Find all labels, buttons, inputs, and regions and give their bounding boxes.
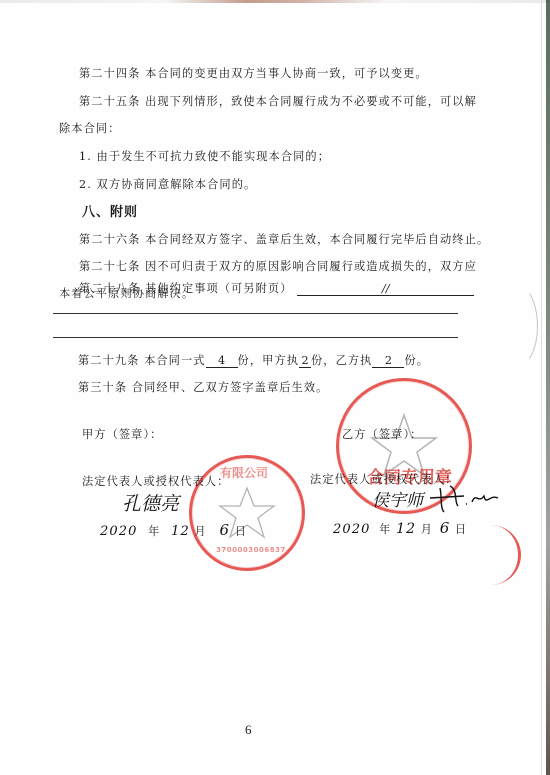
scan-fold-line bbox=[541, 0, 542, 775]
party-a-date-year: 2020 bbox=[100, 524, 137, 539]
page-number: 6 bbox=[245, 722, 252, 738]
month-label: 月 bbox=[421, 523, 433, 536]
party-b-label: 乙方（签章）： bbox=[342, 426, 422, 442]
year-label: 年 bbox=[379, 523, 391, 536]
party-a-rep-label: 法定代表人或授权代表人： bbox=[82, 473, 229, 489]
article-28-label: 第二十八条 其他约定事项（可另附页） bbox=[79, 282, 293, 295]
party-a-label: 甲方（签章）： bbox=[82, 426, 162, 442]
article-25-item2: 2. 双方协商同意解除本合同的。 bbox=[79, 176, 256, 192]
article-25-item1: 1. 由于发生不可抗力致使不能实现本合同的； bbox=[79, 148, 330, 164]
day-label: 日 bbox=[235, 525, 247, 538]
day-label: 日 bbox=[455, 523, 467, 536]
party-a-date-day: 6 bbox=[219, 521, 230, 539]
article-28-value: // bbox=[297, 282, 474, 296]
month-label: 月 bbox=[195, 525, 207, 538]
party-b-date-year: 2020 bbox=[333, 522, 370, 537]
party-b-date-day: 6 bbox=[440, 519, 451, 537]
section-heading-appendix: 八、附则 bbox=[82, 201, 138, 220]
article-30: 第三十条 合同经甲、乙双方签字盖章后生效。 bbox=[78, 379, 328, 395]
article-28: 第二十八条 其他约定事项（可另附页） // bbox=[79, 280, 474, 296]
article-29-prefix: 第二十九条 本合同一式 bbox=[78, 354, 206, 367]
total-copies: 4 bbox=[206, 354, 238, 368]
party-b-signature: 侯宇师 bbox=[372, 486, 423, 511]
article-29-mid1: 份，甲方执 bbox=[238, 354, 299, 367]
party-a-signature: 孔德亮 bbox=[122, 489, 179, 516]
article-28-value-text: // bbox=[382, 282, 390, 295]
party-a-date: 2020 年 12 月 6 日 bbox=[100, 521, 247, 539]
article-29-mid2: 份，乙方执 bbox=[311, 354, 372, 367]
blank-line-1 bbox=[53, 313, 458, 314]
party-b-date: 2020 年 12 月 6 日 bbox=[333, 519, 467, 537]
party-b-handwritten-scribble bbox=[428, 482, 500, 516]
faint-seal-imprint bbox=[497, 285, 538, 367]
party-a-seal-number: 3700003006837 bbox=[216, 546, 286, 554]
article-25-line2: 除本合同： bbox=[59, 120, 120, 136]
party-a-copies: 2 bbox=[299, 354, 311, 368]
scan-right-edge bbox=[546, 0, 550, 775]
year-label: 年 bbox=[148, 525, 160, 538]
blank-line-2 bbox=[53, 337, 458, 338]
article-27-line1: 第二十七条 因不可归责于双方的原因影响合同履行或造成损失的，双方应 bbox=[79, 258, 477, 274]
article-25-line1: 第二十五条 出现下列情形，致使本合同履行成为不必要或不可能，可以解 bbox=[79, 93, 477, 109]
article-29: 第二十九条 本合同一式4份，甲方执2份，乙方执2份。 bbox=[78, 352, 429, 368]
article-26: 第二十六条 本合同经双方签字、盖章后生效，本合同履行完毕后自动终止。 bbox=[79, 231, 489, 247]
scan-top-edge bbox=[0, 0, 550, 3]
article-24: 第二十四条 本合同的变更由双方当事人协商一致，可予以变更。 bbox=[79, 65, 428, 81]
article-29-suffix: 份。 bbox=[404, 354, 429, 367]
partial-seal-edge bbox=[490, 525, 521, 585]
party-b-date-month: 12 bbox=[396, 521, 416, 537]
party-a-date-month: 12 bbox=[171, 524, 190, 539]
party-b-copies: 2 bbox=[372, 354, 404, 368]
contract-page: 第二十四条 本合同的变更由双方当事人协商一致，可予以变更。 第二十五条 出现下列… bbox=[0, 0, 550, 775]
